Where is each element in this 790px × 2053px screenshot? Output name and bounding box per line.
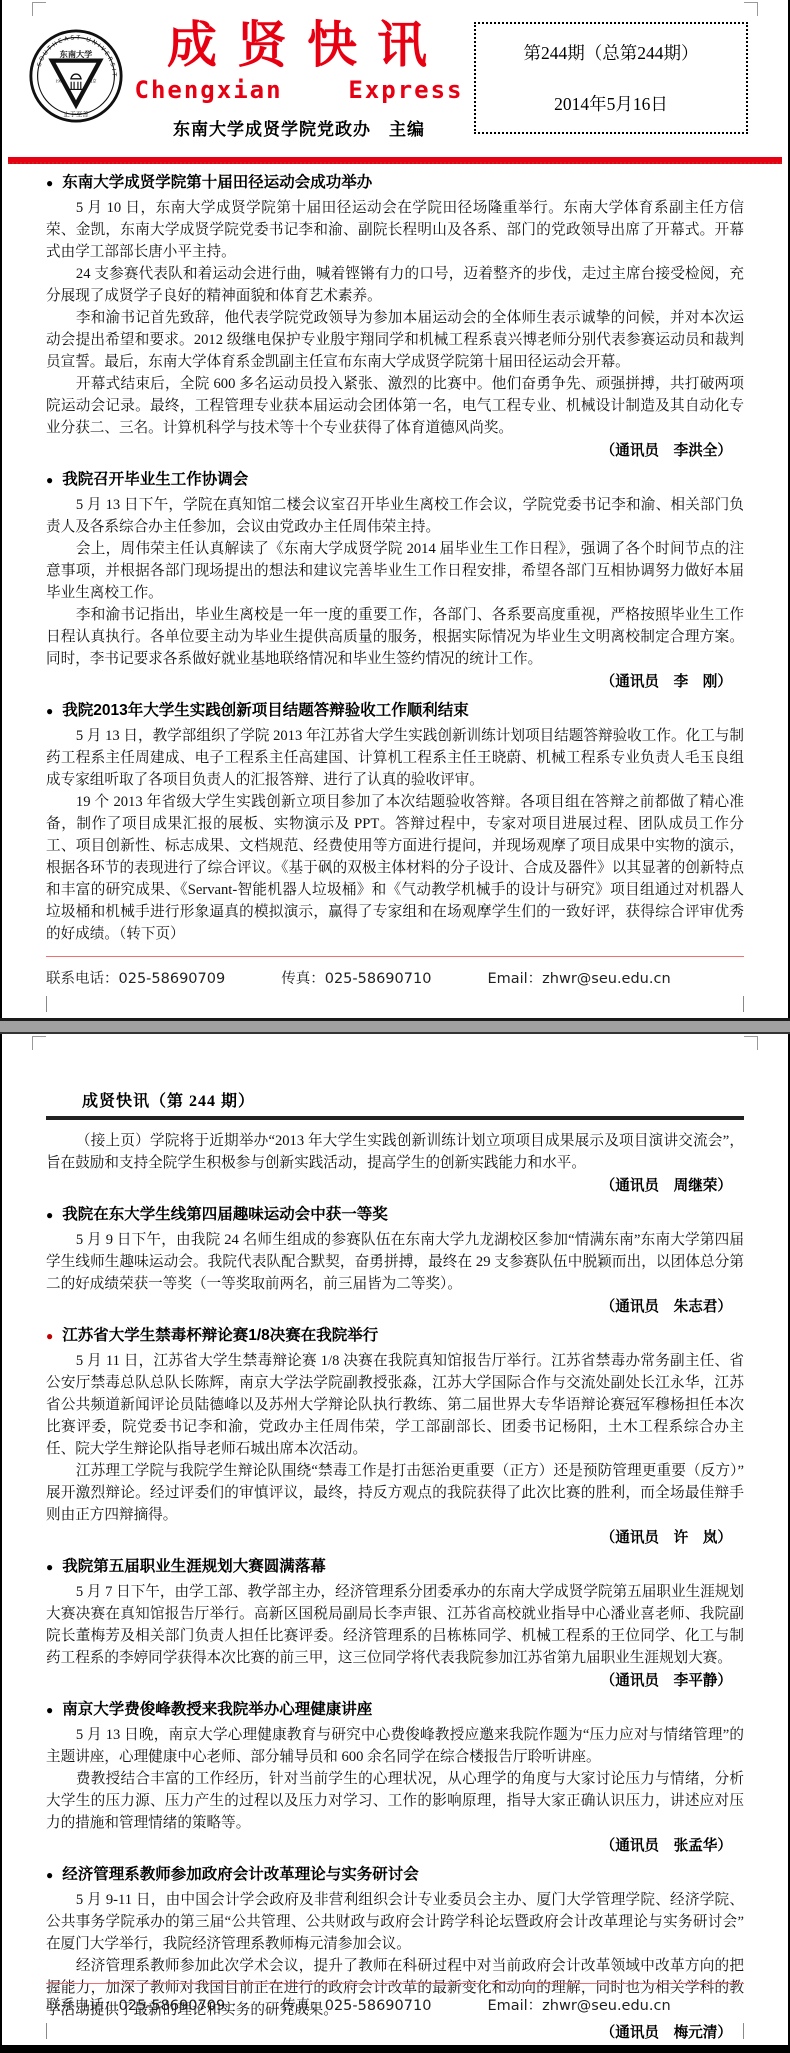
article-title: ●我院2013年大学生实践创新项目结题答辩验收工作顺利结束 — [46, 700, 744, 722]
article-title-text: 我院在东大学生线第四届趣味运动会中获一等奖 — [62, 1204, 388, 1225]
article-paragraph: 24 支参赛代表队和着运动会进行曲，喊着铿锵有力的口号，迈着整齐的步伐，走过主席… — [46, 263, 744, 307]
article-title-text: 东南大学成贤学院第十届田径运动会成功举办 — [62, 172, 372, 193]
footer-phone: 联系电话：025-58690709 — [46, 967, 225, 988]
margin-mark — [744, 1036, 758, 1050]
news-article: ●东南大学成贤学院第十届田径运动会成功举办 5 月 10 日，东南大学成贤学院第… — [46, 172, 744, 463]
article-byline: （通讯员 李 刚） — [46, 670, 744, 694]
article-body: 5 月 9 日下午，由我院 24 名师生组成的参赛队伍在东南大学九龙湖校区参加“… — [46, 1229, 744, 1295]
bullet-icon: ● — [46, 1557, 53, 1578]
article-paragraph: 5 月 11 日，江苏省大学生禁毒辩论赛 1/8 决赛在我院真知馆报告厅举行。江… — [46, 1350, 744, 1460]
news-article: ●我院在东大学生线第四届趣味运动会中获一等奖 5 月 9 日下午，由我院 24 … — [46, 1204, 744, 1319]
article-body: 5 月 13 日晚，南京大学心理健康教育与研究中心费俊峰教授应邀来我院作题为“压… — [46, 1724, 744, 1834]
margin-mark — [32, 1036, 46, 1050]
viewer-bottom-edge — [0, 2045, 790, 2053]
newsletter-subtitle: Chengxian Express — [134, 74, 464, 106]
article-paragraph: 5 月 13 日晚，南京大学心理健康教育与研究中心费俊峰教授应邀来我院作题为“压… — [46, 1724, 744, 1768]
issue-number: 第244期（总第244期） — [482, 40, 740, 65]
page1-footer: 联系电话：025-58690709 传真：025-58690710 Email：… — [46, 956, 744, 988]
footer-phone: 联系电话：025-58690709 — [46, 1994, 225, 2015]
article-title-text: 我院召开毕业生工作协调会 — [62, 469, 248, 490]
article-byline: （通讯员 朱志君） — [46, 1295, 744, 1319]
page2-footer: 联系电话：025-58690709 传真：025-58690710 Email：… — [46, 1983, 744, 2015]
article-body: 5 月 13 日下午，学院在真知馆二楼会议室召开毕业生离校工作会议，学院党委书记… — [46, 494, 744, 670]
page-gap — [0, 1018, 790, 1034]
article-body: 5 月 7 日下午，由学工部、教学部主办，经济管理系分团委承办的东南大学成贤学院… — [46, 1581, 744, 1669]
article-paragraph: 5 月 7 日下午，由学工部、教学部主办，经济管理系分团委承办的东南大学成贤学院… — [46, 1581, 744, 1669]
bullet-icon: ● — [46, 701, 53, 722]
article-title: ●南京大学费俊峰教授来我院举办心理健康讲座 — [46, 1699, 744, 1721]
bullet-icon: ● — [46, 1865, 53, 1886]
article-title: ●我院第五届职业生涯规划大赛圆满落幕 — [46, 1556, 744, 1578]
masthead-titles: 成贤快讯 Chengxian Express 东南大学成贤学院党政办 主编 — [134, 16, 464, 140]
article-byline: （通讯员 张孟华） — [46, 1834, 744, 1858]
news-article: ●经济管理系教师参加政府会计改革理论与实务研讨会 5 月 9-11 日，由中国会… — [46, 1864, 744, 2045]
margin-mark — [743, 2023, 744, 2039]
article-paragraph: 江苏理工学院与我院学生辩论队围绕“禁毒工作是打击惩治更重要（正方）还是预防管理更… — [46, 1460, 744, 1526]
margin-mark — [46, 2023, 47, 2039]
article-byline: （通讯员 周继荣） — [46, 1174, 744, 1198]
page2-header-rule — [46, 1116, 744, 1120]
newsletter-page-2: 成贤快讯（第 244 期） （接上页）学院将于近期举办“2013 年大学生实践创… — [2, 1034, 788, 2045]
footer-fax: 传真：025-58690710 — [281, 967, 431, 988]
article-paragraph: 5 月 13 日下午，学院在真知馆二楼会议室召开毕业生离校工作会议，学院党委书记… — [46, 494, 744, 538]
masthead: SOUTHEAST UNIVERSITY 东南大学 1902 南京 止于至善 成… — [2, 0, 788, 140]
margin-mark — [32, 2, 46, 16]
article-paragraph: 5 月 13 日，教学部组织了学院 2013 年江苏省大学生实践创新训练计划项目… — [46, 725, 744, 791]
article-paragraph: 5 月 10 日，东南大学成贤学院第十届田径运动会在学院田径场隆重举行。东南大学… — [46, 197, 744, 263]
article-paragraph: （接上页）学院将于近期举办“2013 年大学生实践创新训练计划立项项目成果展示及… — [46, 1130, 744, 1174]
article-title: ●经济管理系教师参加政府会计改革理论与实务研讨会 — [46, 1864, 744, 1886]
newsletter-title: 成贤快讯 — [134, 16, 464, 74]
seu-logo-icon: SOUTHEAST UNIVERSITY 东南大学 1902 南京 止于至善 — [28, 28, 124, 129]
editor-line: 东南大学成贤学院党政办 主编 — [134, 115, 464, 140]
article-paragraph: 李和渝书记指出，毕业生离校是一年一度的重要工作，各部门、各系要高度重视，严格按照… — [46, 604, 744, 670]
masthead-divider — [8, 157, 782, 164]
bullet-icon: ● — [46, 470, 53, 491]
article-paragraph: 会上，周伟荣主任认真解读了《东南大学成贤学院 2014 届毕业生工作日程》，强调… — [46, 538, 744, 604]
margin-mark — [744, 2, 758, 16]
footer-email: Email：zhwr@seu.edu.cn — [487, 1994, 670, 2015]
article-title: ●江苏省大学生禁毒杯辩论赛1/8决赛在我院举行 — [46, 1325, 744, 1347]
margin-mark — [46, 996, 47, 1012]
article-title: ●我院召开毕业生工作协调会 — [46, 469, 744, 491]
svg-text:东南大学: 东南大学 — [60, 48, 93, 58]
article-body: 5 月 13 日，教学部组织了学院 2013 年江苏省大学生实践创新训练计划项目… — [46, 725, 744, 945]
footer-fax: 传真：025-58690710 — [281, 1994, 431, 2015]
bullet-icon: ● — [46, 1700, 53, 1721]
footer-email: Email：zhwr@seu.edu.cn — [487, 967, 670, 988]
news-article: ●我院第五届职业生涯规划大赛圆满落幕 5 月 7 日下午，由学工部、教学部主办，… — [46, 1556, 744, 1693]
article-title-text: 我院2013年大学生实践创新项目结题答辩验收工作顺利结束 — [62, 700, 468, 721]
news-article: ●江苏省大学生禁毒杯辩论赛1/8决赛在我院举行 5 月 11 日，江苏省大学生禁… — [46, 1325, 744, 1550]
svg-text:1902: 1902 — [55, 78, 64, 83]
article-title-text: 我院第五届职业生涯规划大赛圆满落幕 — [62, 1556, 326, 1577]
article-byline: （通讯员 李平静） — [46, 1669, 744, 1693]
article-paragraph: 5 月 9 日下午，由我院 24 名师生组成的参赛队伍在东南大学九龙湖校区参加“… — [46, 1229, 744, 1295]
article-paragraph: 19 个 2013 年省级大学生实践创新立项目参加了本次结题验收答辩。各项目组在… — [46, 791, 744, 945]
newsletter-page-1: SOUTHEAST UNIVERSITY 东南大学 1902 南京 止于至善 成… — [2, 0, 788, 1018]
article-body: （接上页）学院将于近期举办“2013 年大学生实践创新训练计划立项项目成果展示及… — [46, 1130, 744, 1174]
article-title-text: 经济管理系教师参加政府会计改革理论与实务研讨会 — [62, 1864, 419, 1885]
margin-mark — [743, 996, 744, 1012]
bullet-icon: ● — [46, 173, 53, 194]
article-title: ●我院在东大学生线第四届趣味运动会中获一等奖 — [46, 1204, 744, 1226]
bullet-icon: ● — [46, 1205, 53, 1226]
news-article: ●我院召开毕业生工作协调会 5 月 13 日下午，学院在真知馆二楼会议室召开毕业… — [46, 469, 744, 694]
article-byline: （通讯员 许 岚） — [46, 1526, 744, 1550]
article-body: 5 月 10 日，东南大学成贤学院第十届田径运动会在学院田径场隆重举行。东南大学… — [46, 197, 744, 439]
news-article: （接上页）学院将于近期举办“2013 年大学生实践创新训练计划立项项目成果展示及… — [46, 1130, 744, 1198]
article-byline: （通讯员 李洪全） — [46, 439, 744, 463]
document-viewer: SOUTHEAST UNIVERSITY 东南大学 1902 南京 止于至善 成… — [0, 0, 790, 2053]
article-paragraph: 5 月 9-11 日，由中国会计学会政府及非营利组织会计专业委员会主办、厦门大学… — [46, 1889, 744, 1955]
page2-content: （接上页）学院将于近期举办“2013 年大学生实践创新训练计划立项项目成果展示及… — [2, 1130, 788, 2045]
page1-content: ●东南大学成贤学院第十届田径运动会成功举办 5 月 10 日，东南大学成贤学院第… — [2, 172, 788, 945]
article-paragraph: 开幕式结束后，全院 600 多名运动员投入紧张、激烈的比赛中。他们奋勇争先、顽强… — [46, 373, 744, 439]
article-paragraph: 李和渝书记首先致辞，他代表学院党政领导为参加本届运动会的全体师生表示诚挚的问候，… — [46, 307, 744, 373]
svg-text:止于至善: 止于至善 — [64, 110, 89, 118]
article-title-text: 江苏省大学生禁毒杯辩论赛1/8决赛在我院举行 — [62, 1325, 378, 1346]
bullet-icon: ● — [46, 1326, 53, 1347]
news-article: ●我院2013年大学生实践创新项目结题答辩验收工作顺利结束 5 月 13 日，教… — [46, 700, 744, 945]
article-title: ●东南大学成贤学院第十届田径运动会成功举办 — [46, 172, 744, 194]
article-byline: （通讯员 梅元清） — [46, 2021, 744, 2045]
article-title-text: 南京大学费俊峰教授来我院举办心理健康讲座 — [62, 1699, 372, 1720]
issue-box: 第244期（总第244期） 2014年5月16日 — [474, 22, 748, 134]
svg-text:南京: 南京 — [88, 77, 97, 84]
article-body: 5 月 11 日，江苏省大学生禁毒辩论赛 1/8 决赛在我院真知馆报告厅举行。江… — [46, 1350, 744, 1526]
page2-header: 成贤快讯（第 244 期） — [46, 1088, 744, 1120]
article-paragraph: 费教授结合丰富的工作经历，针对当前学生的心理状况，从心理学的角度与大家讨论压力与… — [46, 1768, 744, 1834]
news-article: ●南京大学费俊峰教授来我院举办心理健康讲座 5 月 13 日晚，南京大学心理健康… — [46, 1699, 744, 1858]
page2-running-title: 成贤快讯（第 244 期） — [46, 1088, 744, 1111]
issue-date: 2014年5月16日 — [482, 91, 740, 116]
